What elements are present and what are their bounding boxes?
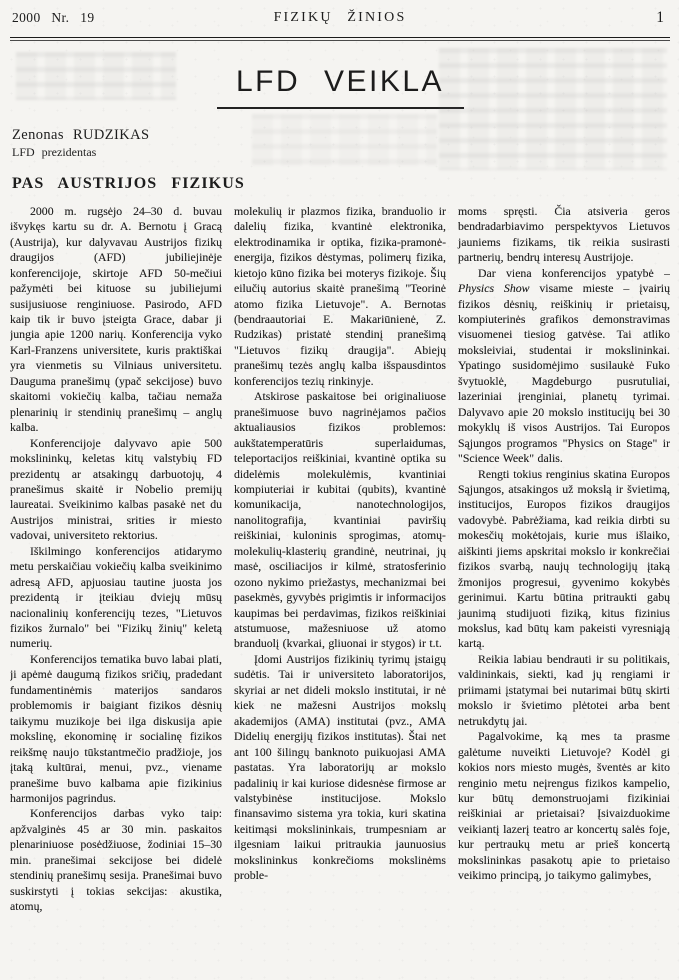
paragraph: molekulių ir plazmos fizika, branduolio … <box>234 204 446 389</box>
paragraph: 2000 m. rugsėjo 24–30 d. buvau išvykęs k… <box>10 204 222 436</box>
paragraph: Atskirose paskaitose bei originaliuose p… <box>234 389 446 652</box>
page: 2000 Nr. 19 FIZIKŲ ŽINIOS 1 LFD VEIKLA Z… <box>0 0 679 980</box>
text-run: Rengti tokius renginius skatina Europos … <box>458 467 670 651</box>
paragraph: Rengti tokius renginius skatina Europos … <box>458 467 670 652</box>
paragraph: Įdomi Austrijos fizikinių tyrimų įstaigų… <box>234 652 446 884</box>
text-run: Iškilmingo konferencijos atidarymo metu … <box>10 544 222 651</box>
paragraph: moms spręsti. Čia atsiveria geros bendra… <box>458 204 670 266</box>
scanned-journal-page: { "colors": { "paper": "#f5f4f1", "ink":… <box>0 0 679 980</box>
italic-text-run: Physics Show <box>458 281 530 295</box>
text-run: visame mieste – įvairių fizikos dėsnių, … <box>458 281 670 465</box>
article-body-columns: 2000 m. rugsėjo 24–30 d. buvau išvykęs k… <box>10 204 670 980</box>
journal-title: FIZIKŲ ŽINIOS <box>10 10 670 26</box>
text-run: Įdomi Austrijos fizikinių tyrimų įstaigų… <box>234 652 446 882</box>
paragraph: Dar viena konferencijos ypatybė – Physic… <box>458 266 670 467</box>
paragraph: Konferencijoje dalyvavo apie 500 mokslin… <box>10 436 222 544</box>
section-title: LFD VEIKLA <box>10 65 670 99</box>
author-block: Zenonas RUDZIKAS LFD prezidentas <box>12 127 670 160</box>
text-run: 2000 m. rugsėjo 24–30 d. buvau išvykęs k… <box>10 204 222 434</box>
paragraph: Konferencijos darbas vyko taip: apžvalgi… <box>10 806 222 914</box>
text-run: moms spręsti. Čia atsiveria geros bendra… <box>458 204 670 264</box>
paragraph: Konferencijos tematika buvo labai plati,… <box>10 652 222 807</box>
paragraph: Iškilmingo konferencijos atidarymo metu … <box>10 544 222 652</box>
text-run: Pagalvokime, ką mes ta prasme galėtume n… <box>458 729 670 882</box>
text-column-3: moms spręsti. Čia atsiveria geros bendra… <box>458 204 670 980</box>
text-run: Dar viena konferencijos ypatybė – <box>478 266 670 280</box>
text-column-1: 2000 m. rugsėjo 24–30 d. buvau išvykęs k… <box>10 204 222 980</box>
author-role: LFD prezidentas <box>12 145 670 160</box>
paragraph: Pagalvokime, ką mes ta prasme galėtume n… <box>458 729 670 884</box>
page-header: 2000 Nr. 19 FIZIKŲ ŽINIOS 1 <box>10 8 670 28</box>
text-run: molekulių ir plazmos fizika, branduolio … <box>234 204 446 388</box>
text-run: Reikia labiau bendrauti ir su politikais… <box>458 652 670 728</box>
section-title-underline <box>217 107 464 109</box>
text-run: Konferencijoje dalyvavo apie 500 mokslin… <box>10 436 222 543</box>
text-run: Konferencijos darbas vyko taip: apžvalgi… <box>10 806 222 913</box>
text-run: Atskirose paskaitose bei originaliuose p… <box>234 389 446 650</box>
page-number: 1 <box>656 9 664 27</box>
paragraph: Reikia labiau bendrauti ir su politikais… <box>458 652 670 729</box>
header-rule <box>10 37 670 41</box>
text-column-2: molekulių ir plazmos fizika, branduolio … <box>234 204 446 980</box>
author-name: Zenonas RUDZIKAS <box>12 127 670 144</box>
text-run: Konferencijos tematika buvo labai plati,… <box>10 652 222 805</box>
article-heading: PAS AUSTRIJOS FIZIKUS <box>12 175 670 193</box>
